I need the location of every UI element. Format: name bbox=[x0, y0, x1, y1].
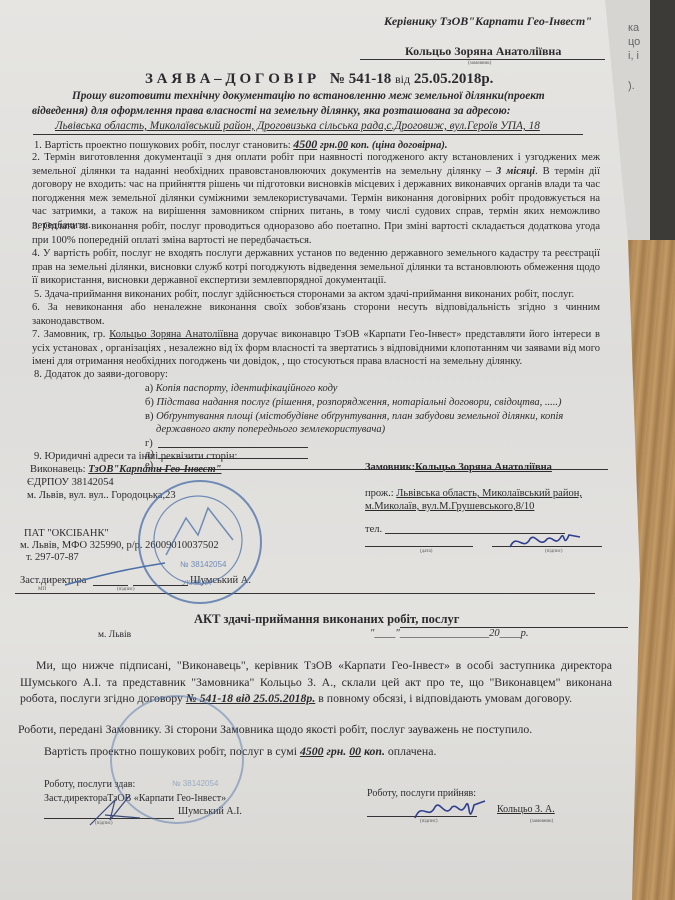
attachment-label: а) bbox=[145, 383, 153, 394]
attachment-text-cont: державного акту попереднього землекорист… bbox=[156, 423, 385, 436]
clause-1-suffix: коп. (ціна договірна). bbox=[351, 140, 448, 151]
clause-7-prefix: 7. Замовник, гр. bbox=[32, 329, 105, 340]
contract-number: № 541-18 bbox=[330, 71, 391, 87]
background-fragment: і, і bbox=[628, 50, 639, 62]
residence-label: прож.: bbox=[365, 488, 394, 499]
act-kop-suffix: коп. bbox=[364, 744, 385, 758]
background-fragment: ка bbox=[628, 22, 639, 34]
property-address: Львівська область, Миколаївський район, … bbox=[55, 120, 540, 132]
request-line-1: Прошу виготовити технічну документацію п… bbox=[72, 90, 545, 102]
title-text: З А Я В А – Д О Г О В І Р bbox=[145, 71, 316, 87]
background-fragment: ). bbox=[628, 80, 635, 92]
clause-1: 1. Вартість проектно пошукових робіт, по… bbox=[34, 138, 448, 152]
contractor: Виконавець: ТзОВ"Карпати Гео-Інвест" bbox=[30, 463, 221, 476]
clause-8: 8. Додаток до заяви-договору: bbox=[34, 368, 168, 381]
addressee: Керівнику ТзОВ"Карпати Гео-Інвест" bbox=[384, 14, 592, 29]
clause-6: 6. За невиконання або неналежне виконанн… bbox=[32, 301, 600, 328]
clause-2-term: 3 місяці bbox=[496, 166, 535, 177]
act-amount: 4500 bbox=[300, 744, 324, 758]
requisites-heading: 9. Юридичні адреси та інші реквізити сто… bbox=[34, 450, 237, 463]
applicant-caption: (замовник) bbox=[468, 61, 491, 66]
customer-name: Кольцьо Зоряна Анатоліївна bbox=[415, 462, 552, 473]
customer: Замовник:Кольцьо Зоряна Анатоліївна bbox=[365, 461, 552, 474]
request-line-2: відведення) для оформлення права власнос… bbox=[32, 105, 511, 117]
attachment-text: Підстава надання послуг (рішення, розпор… bbox=[156, 397, 561, 408]
contract-amount: 4500 bbox=[293, 137, 317, 151]
stamp-country: УКРАЇНА bbox=[182, 580, 211, 587]
customer-signature-icon bbox=[505, 527, 585, 557]
clause-3: 3. Оплата за виконання робіт, послуг про… bbox=[32, 220, 600, 247]
applicant-name: Кольцьо Зоряна Анатоліївна bbox=[405, 44, 561, 59]
residence-line-1: Львівська область, Миколаївський район, bbox=[396, 488, 582, 499]
attachment-label: б) bbox=[145, 397, 154, 408]
attachment-item: в) Обґрунтування площі (містобудівне обґ… bbox=[145, 410, 563, 423]
date-prefix: від bbox=[395, 72, 410, 86]
phone-label: тел. bbox=[365, 523, 382, 536]
act-title: АКТ здачі-приймання виконаних робіт, пос… bbox=[194, 612, 459, 627]
contractor-signature-icon bbox=[60, 560, 170, 590]
document-title: З А Я В А – Д О Г О В І Р № 541-18 від 2… bbox=[145, 71, 493, 88]
caption-mp: МП bbox=[38, 587, 46, 592]
customer-residence: прож.: Львівська область, Миколаївський … bbox=[365, 487, 582, 500]
customer-signature-icon bbox=[410, 793, 490, 833]
contractor-label: Виконавець: bbox=[30, 464, 86, 475]
attachment-text: Копія паспорту, ідентифікаційного коду bbox=[156, 383, 338, 394]
background-fragment: цо bbox=[628, 36, 640, 48]
act-paid: оплачена. bbox=[388, 744, 437, 758]
accepted-caption-role: (замовник) bbox=[530, 819, 553, 824]
contract-document: Керівнику ТзОВ"Карпати Гео-Інвест" Кольц… bbox=[0, 0, 640, 900]
clause-7: 7. Замовник, гр. Кольцьо Зоряна Анатолії… bbox=[32, 328, 600, 369]
currency: грн. bbox=[320, 140, 338, 151]
act-currency: грн. bbox=[326, 744, 346, 758]
attachment-item: б) Підстава надання послуг (рішення, роз… bbox=[145, 396, 562, 409]
contract-date: 25.05.2018р. bbox=[414, 71, 494, 87]
clause-4: 4. У вартість робіт, послуг не входять п… bbox=[32, 247, 600, 288]
act-kopecks: 00 bbox=[349, 744, 361, 758]
clause-5: 5. Здача-приймання виконаних робіт, посл… bbox=[34, 288, 574, 301]
residence-line-2: м.Миколаїв, вул.М.Грушевського,8/10 bbox=[365, 500, 534, 513]
act-paragraph-2: Роботи, передані Замовнику. Зі сторони З… bbox=[18, 722, 532, 737]
stamp-code: № 38142054 bbox=[172, 779, 218, 788]
clause-1-text: 1. Вартість проектно пошукових робіт, по… bbox=[34, 140, 291, 151]
contractor-signature-icon bbox=[85, 790, 155, 830]
attachment-label: в) bbox=[145, 411, 153, 422]
caption-date: (дата) bbox=[420, 549, 432, 554]
attachment-text: Обґрунтування площі (містобудівне обґрун… bbox=[156, 411, 563, 422]
act-paragraph-1: Ми, що нижче підписані, "Виконавець", ке… bbox=[20, 657, 612, 707]
act-date-blank: "____"_________________20____р. bbox=[370, 628, 528, 639]
clause-7-customer: Кольцьо Зоряна Анатоліївна bbox=[109, 329, 238, 340]
accepted-name: Кольцьо З. А. bbox=[497, 804, 555, 815]
kopecks: 00 bbox=[338, 140, 349, 151]
act-text-end: в повному обсязі, і відповідають умовам … bbox=[318, 691, 572, 705]
customer-label: Замовник: bbox=[365, 462, 415, 473]
attachment-item: а) Копія паспорту, ідентифікаційного код… bbox=[145, 382, 337, 395]
act-city: м. Львів bbox=[98, 630, 131, 640]
stamp-code: № 38142054 bbox=[180, 560, 226, 569]
contractor-name: ТзОВ"Карпати Гео-Інвест" bbox=[88, 464, 221, 475]
edrpou: ЄДРПОУ 38142054 bbox=[27, 476, 114, 489]
